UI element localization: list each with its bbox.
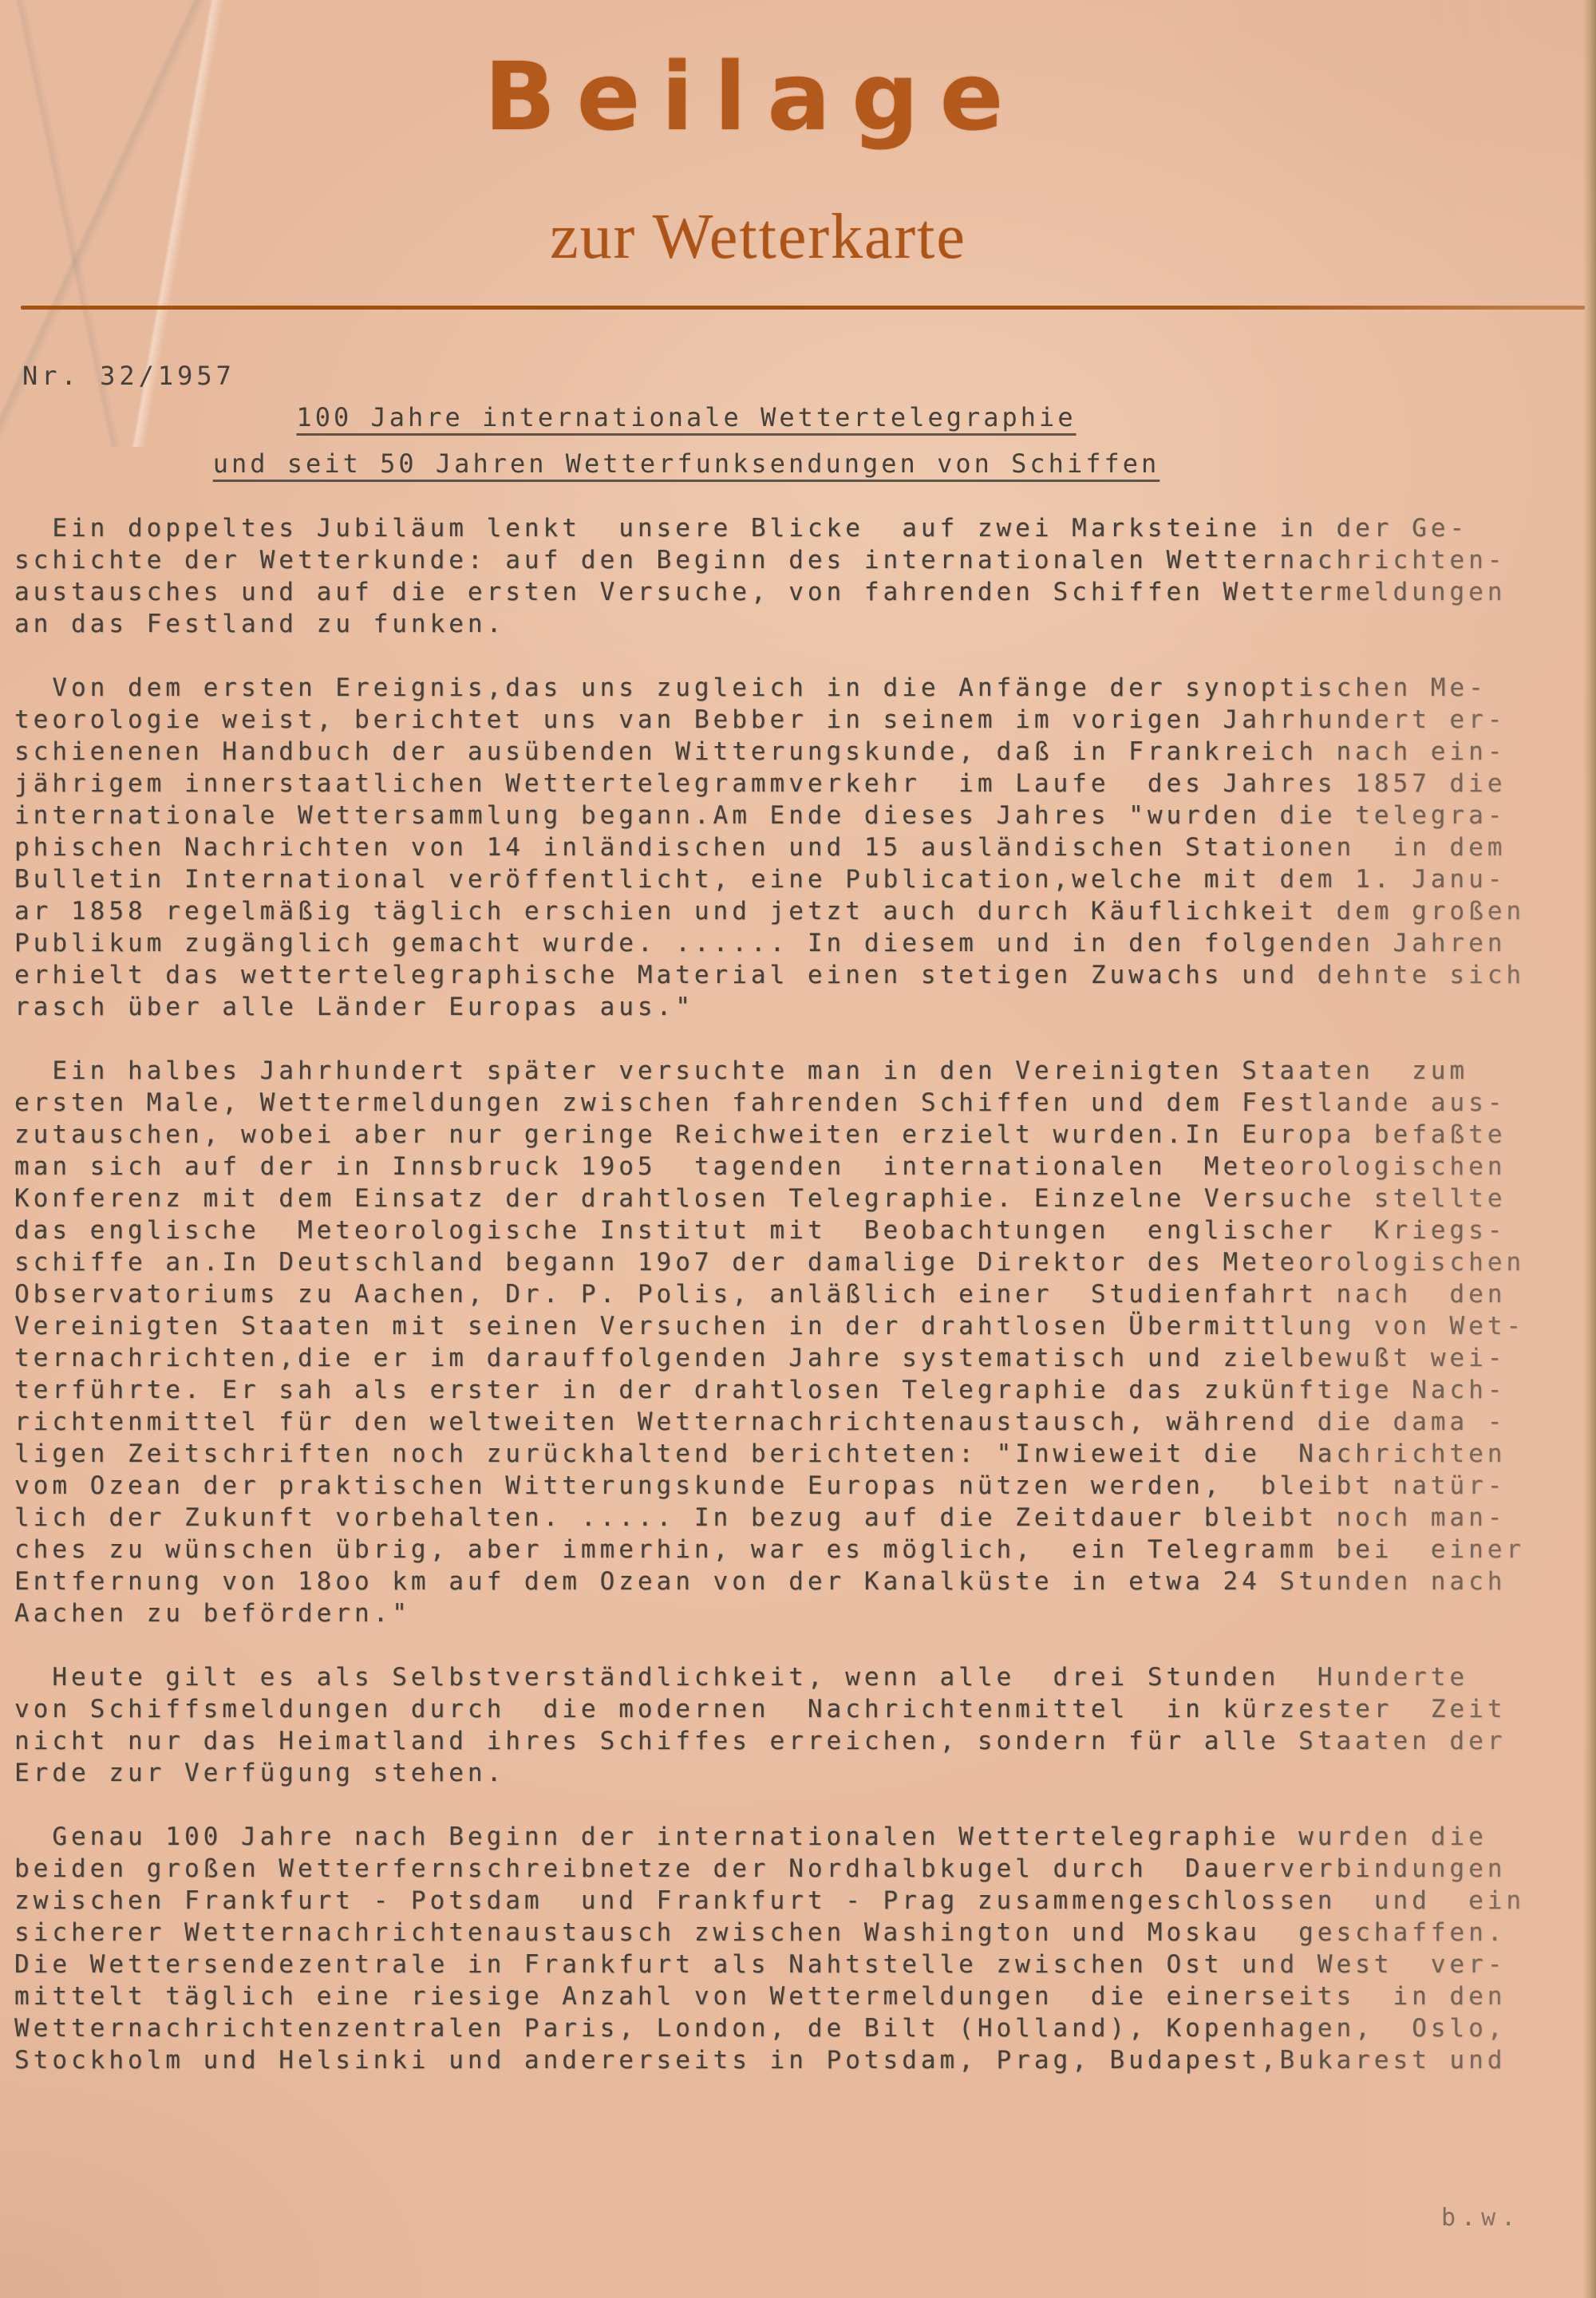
scan-edge	[1583, 0, 1596, 2298]
document-page: Beilage zur Wetterkarte Nr. 32/1957 100 …	[0, 0, 1596, 2298]
paragraph-1: Ein doppeltes Jubiläum lenkt unsere Blic…	[14, 512, 1525, 640]
article-body: Ein doppeltes Jubiläum lenkt unsere Blic…	[14, 512, 1525, 2108]
paragraph-2: Von dem ersten Ereignis,das uns zugleich…	[14, 672, 1525, 1023]
paragraph-3: Ein halbes Jahrhundert später versuchte …	[14, 1055, 1525, 1629]
article-title-line-1: 100 Jahre internationale Wettertelegraph…	[32, 394, 1341, 440]
article-title-line-2: und seit 50 Jahren Wetterfunksendungen v…	[32, 440, 1341, 487]
masthead-divider	[21, 306, 1585, 310]
masthead-title: Beilage	[0, 41, 1508, 152]
paragraph-4: Heute gilt es als Selbstverständlichkeit…	[14, 1661, 1525, 1789]
article-title: 100 Jahre internationale Wettertelegraph…	[32, 394, 1341, 487]
paragraph-5: Genau 100 Jahre nach Beginn der internat…	[14, 1821, 1525, 2076]
turn-page-note: b.w.	[1441, 2204, 1521, 2232]
issue-number: Nr. 32/1957	[22, 361, 235, 391]
masthead-subtitle: zur Wetterkarte	[0, 201, 1516, 274]
